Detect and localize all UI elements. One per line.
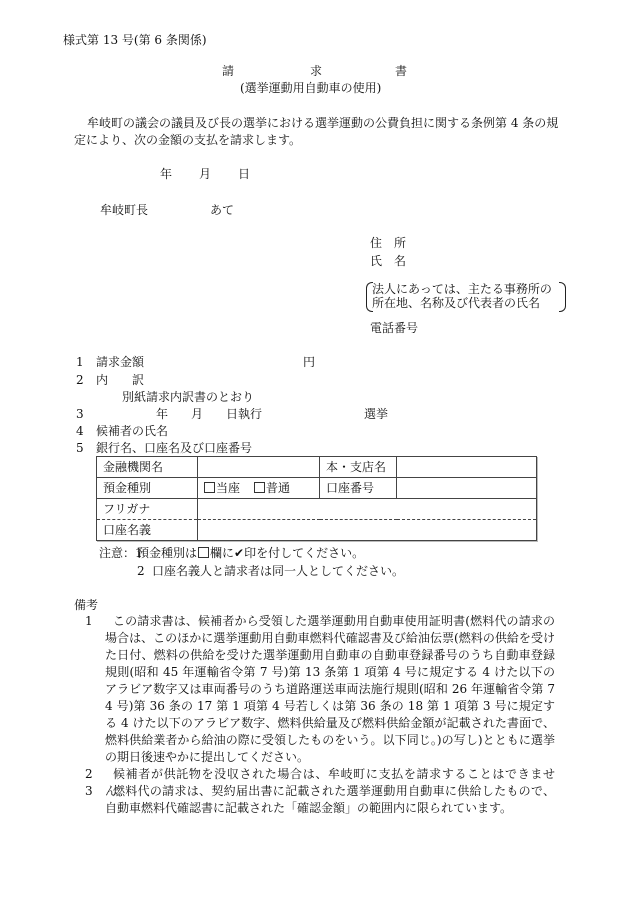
square-icon xyxy=(198,547,209,558)
form-number: 様式第 13 号(第 6 条関係) xyxy=(63,33,207,47)
deposit-type-options: 当座普通 xyxy=(198,478,320,499)
note-2: 2口座名義人と請求者は同一人としてください。 xyxy=(137,564,404,578)
date-line: 年月日 xyxy=(160,167,250,181)
item-election-date: 3 年 月 日執行 選挙 xyxy=(76,407,96,421)
remarks-heading: 備考 xyxy=(74,598,98,612)
date-year: 年 xyxy=(160,167,172,181)
document-subtitle: (選挙運動用自動車の使用) xyxy=(240,81,381,95)
branch-field[interactable] xyxy=(397,457,537,478)
account-name-label: 口座名義 xyxy=(97,520,198,541)
date-month: 月 xyxy=(199,167,211,181)
addressee-name: 牟岐町長 xyxy=(100,203,148,217)
branch-label: 本・支店名 xyxy=(320,457,397,478)
corp-note-line-2: 所在地、名称及び代表者の氏名 xyxy=(372,296,552,310)
intro-line-1: 牟岐町の議会の議員及び長の選挙における選挙運動の公費負担に関する条例第 4 条の… xyxy=(87,116,558,130)
item-candidate-name: 4候補者の氏名 xyxy=(76,424,168,438)
item-breakdown: 2内 訳 xyxy=(76,373,144,387)
note-1: 注意：1預金種別は欄に✔印を付してください。 xyxy=(99,546,364,560)
title-char-3: 書 xyxy=(395,64,407,78)
checkbox-current[interactable] xyxy=(204,482,215,493)
title-char-1: 請 xyxy=(222,64,234,78)
date-day: 日 xyxy=(238,167,250,181)
furigana-label: フリガナ xyxy=(97,499,198,520)
institution-label: 金融機関名 xyxy=(97,457,198,478)
furigana-field[interactable] xyxy=(198,499,537,520)
addressee: 牟岐町長 あて xyxy=(100,203,148,217)
breakdown-note: 別紙請求内訳書のとおり xyxy=(122,390,254,404)
item-claim-amount: 1請求金額 円 xyxy=(76,355,144,369)
account-number-field[interactable] xyxy=(397,478,537,499)
deposit-type-label: 預金種別 xyxy=(97,478,198,499)
remark-1: 1 この請求書は、候補者から受領した選挙運動用自動車使用証明書(燃料代の請求の場… xyxy=(85,613,555,766)
right-bracket xyxy=(559,282,566,312)
name-label: 氏 名 xyxy=(370,254,406,268)
checkbox-ordinary[interactable] xyxy=(254,482,265,493)
institution-field[interactable] xyxy=(198,457,320,478)
item-bank-info: 5銀行名、口座名及び口座番号 xyxy=(76,441,252,455)
addressee-suffix: あて xyxy=(210,203,234,217)
corp-note-line-1: 法人にあっては、主たる事務所の xyxy=(372,282,552,296)
phone-label: 電話番号 xyxy=(370,321,418,335)
title-char-2: 求 xyxy=(310,64,322,78)
address-label: 住 所 xyxy=(370,236,406,250)
yen-unit: 円 xyxy=(303,355,315,369)
corporation-note: 法人にあっては、主たる事務所の 所在地、名称及び代表者の氏名 xyxy=(366,282,546,310)
account-name-field[interactable] xyxy=(198,520,537,541)
remark-3: 3 燃料代の請求は、契約届出書に記載された選挙運動用自動車に供給したもので、自動… xyxy=(85,783,555,817)
account-number-label: 口座番号 xyxy=(320,478,397,499)
bank-table: 金融機関名 本・支店名 預金種別 当座普通 口座番号 フリガナ 口座名義 xyxy=(96,456,537,541)
intro-line-2: 定により、次の金額の支払を請求します。 xyxy=(74,133,301,147)
